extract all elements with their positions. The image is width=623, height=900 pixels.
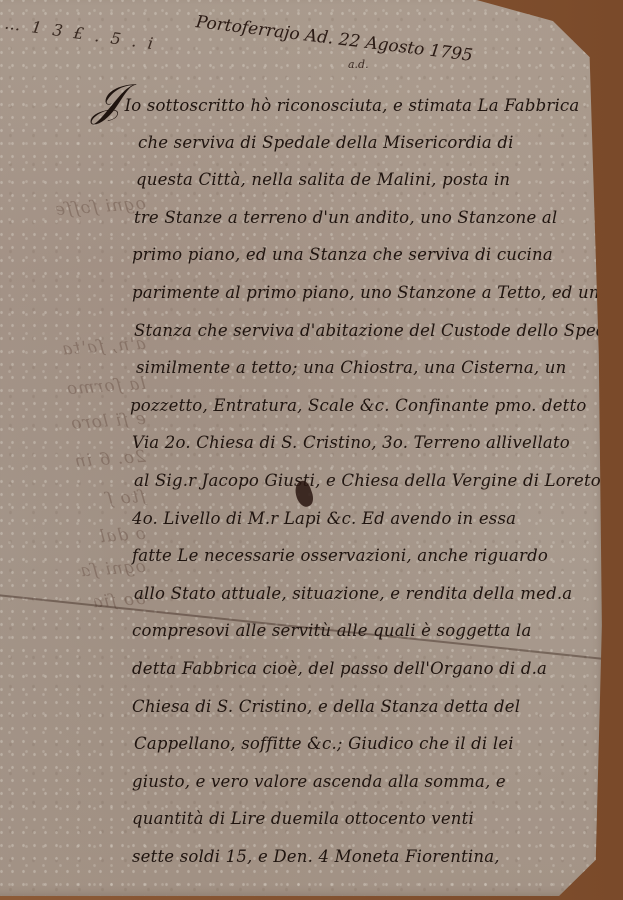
decorated-initial: 𝒥: [92, 75, 123, 126]
text-line: allo Stato attuale, situazione, e rendit…: [134, 575, 623, 613]
text-line: giusto, e vero valore ascenda alla somma…: [132, 763, 623, 801]
date-sub-mark: a.d.: [348, 58, 369, 71]
text-line: Chiesa di S. Cristino, e della Stanza de…: [132, 688, 623, 726]
text-line: che serviva di Spedale della Misericordi…: [138, 124, 623, 162]
text-line: pozzetto, Entratura, Scale &c. Confinant…: [130, 387, 623, 425]
margin-note: … 1 3 £ . 5 . i: [3, 13, 157, 53]
text-line: 𝒥Io sottoscritto hò riconosciuta, e stim…: [92, 86, 612, 124]
text-line: Cappellano, soffitte &c.; Giudico che il…: [134, 725, 623, 763]
text-line: questa Città, nella salita de Malini, po…: [136, 161, 623, 199]
text-line: tre Stanze a terreno d'un andito, uno St…: [134, 199, 623, 237]
text-line: primo piano, ed una Stanza che serviva d…: [132, 236, 623, 274]
text-line: sette soldi 15, e Den. 4 Moneta Fiorenti…: [132, 838, 623, 876]
text-line: parimente al primo piano, uno Stanzone a…: [132, 274, 623, 312]
text-line: compresovi alle servitù alle quali è sog…: [132, 612, 623, 650]
text-line: Stanza che serviva d'abitazione del Cust…: [134, 312, 623, 350]
text-line: Via 2o. Chiesa di S. Cristino, 3o. Terre…: [132, 424, 623, 462]
text-line: similmente a tetto; una Chiostra, una Ci…: [136, 349, 623, 387]
text-line: fatte Le necessarie osservazioni, anche …: [132, 537, 623, 575]
text-line: detta Fabbrica cioè, del passo dell'Orga…: [132, 650, 623, 688]
letter-body: 𝒥Io sottoscritto hò riconosciuta, e stim…: [92, 86, 612, 875]
place-date-heading: Portoferrajo Ad. 22 Agosto 1795: [195, 12, 474, 66]
photo-stage: ogni ſoſſe a'n, ſa'ta la ſormo e ſi loro…: [0, 0, 623, 900]
text-line: 4o. Livello di M.r Lapi &c. Ed avendo in…: [132, 500, 623, 538]
manuscript-page: ogni ſoſſe a'n, ſa'ta la ſormo e ſi loro…: [0, 0, 608, 896]
text-line: al Sig.r Jacopo Giusti, e Chiesa della V…: [134, 462, 623, 500]
text-line: quantità di Lire duemila ottocento venti: [132, 800, 623, 838]
text-line-content: Io sottoscritto hò riconosciuta, e stima…: [125, 96, 580, 115]
